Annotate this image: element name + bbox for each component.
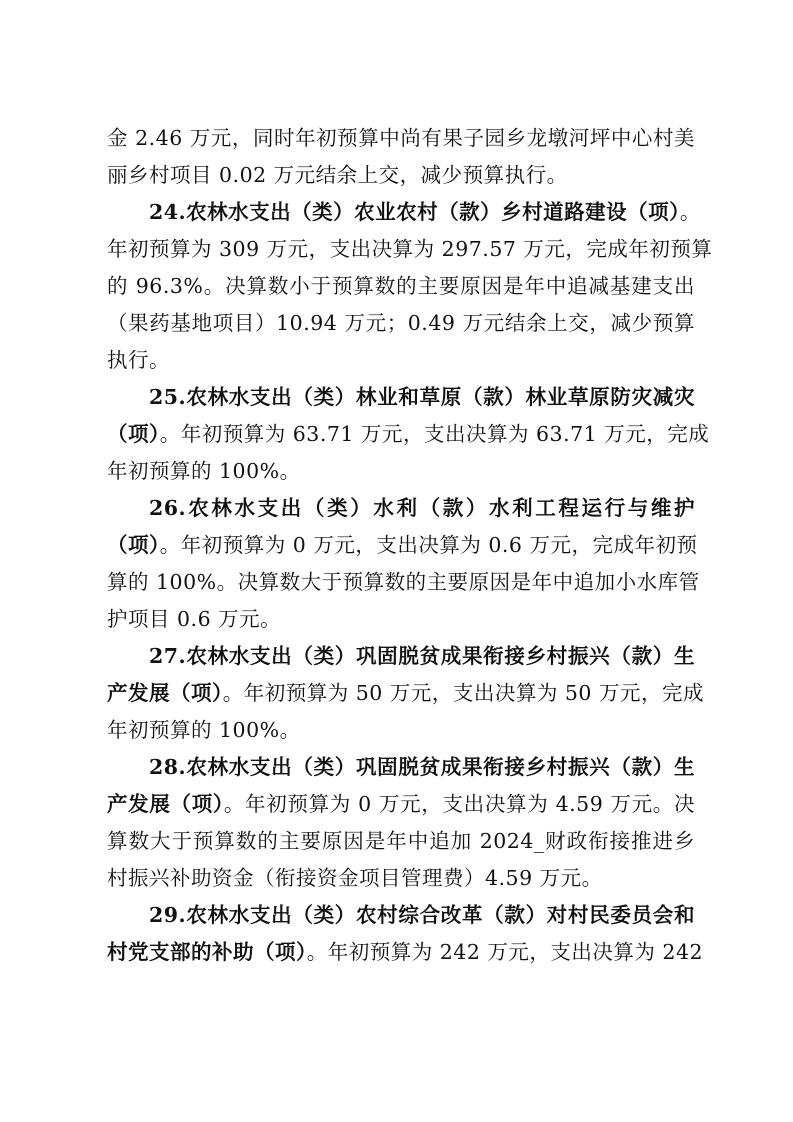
body-text: 年初预算的 100%。 [107, 459, 301, 483]
body-text: 村振兴补助资金（衔接资金项目管理费）4.59 万元。 [107, 866, 603, 890]
bold-heading-text: （项） [107, 533, 160, 557]
paragraph-heading-line: 27.农林水支出（类）巩固脱贫成果衔接乡村振兴（款）生 [107, 638, 695, 675]
text-line: （果药基地项目）10.94 万元；0.49 万元结余上交，减少预算 [107, 305, 695, 342]
body-text: 执行。 [107, 348, 170, 372]
body-text: 金 2.46 万元，同时年初预算中尚有果子园乡龙墩河坪中心村美 [107, 126, 695, 150]
bold-heading-text: 村党支部的补助（项） [107, 940, 307, 964]
text-line: 护项目 0.6 万元。 [107, 601, 695, 638]
text-line: 年初预算为 309 万元，支出决算为 297.57 万元，完成年初预算 [107, 231, 695, 268]
body-text: 年初预算的 100%。 [107, 718, 301, 742]
body-text: 。年初预算为 0 万元，支出决算为 0.6 万元，完成年初预 [160, 533, 698, 557]
body-text: 。年初预算为 242 万元，支出决算为 242 [307, 940, 703, 964]
body-text: 护项目 0.6 万元。 [107, 607, 281, 631]
body-text: 丽乡村项目 0.02 万元结余上交，减少预算执行。 [107, 163, 568, 187]
text-line: 丽乡村项目 0.02 万元结余上交，减少预算执行。 [107, 157, 695, 194]
paragraph-heading-line: 28.农林水支出（类）巩固脱贫成果衔接乡村振兴（款）生 [107, 749, 695, 786]
body-text: （果药基地项目）10.94 万元；0.49 万元结余上交，减少预算 [107, 311, 695, 335]
text-line: 村振兴补助资金（衔接资金项目管理费）4.59 万元。 [107, 860, 695, 897]
text-line: 执行。 [107, 342, 695, 379]
bold-heading-text: 产发展（项） [107, 681, 223, 705]
bold-heading-text: 25.农林水支出（类）林业和草原（款）林业草原防灾减灾 [149, 385, 695, 409]
bold-heading-text: 28.农林水支出（类）巩固脱贫成果衔接乡村振兴（款）生 [149, 755, 695, 779]
body-text: 算的 100%。决算数大于预算数的主要原因是年中追加小水库管 [107, 570, 700, 594]
body-text: 年初预算为 309 万元，支出决算为 297.57 万元，完成年初预算 [107, 237, 712, 261]
bold-heading-text: 产发展（项） [107, 792, 224, 816]
bold-heading-text: （项） [107, 422, 160, 446]
paragraph-heading-line: 29.农林水支出（类）农村综合改革（款）对村民委员会和 [107, 897, 695, 934]
paragraph-heading-line: 24.农林水支出（类）农业农村（款）乡村道路建设（项）。 [107, 194, 695, 231]
text-line: 算的 100%。决算数大于预算数的主要原因是年中追加小水库管 [107, 564, 695, 601]
text-line: 的 96.3%。决算数小于预算数的主要原因是年中追减基建支出 [107, 268, 695, 305]
text-line: 产发展（项）。年初预算为 0 万元，支出决算为 4.59 万元。决 [107, 786, 695, 823]
body-text: 。年初预算为 63.71 万元，支出决算为 63.71 万元，完成 [160, 422, 709, 446]
bold-heading-text: 26.农林水支出（类）水利（款）水利工程运行与维护 [149, 496, 695, 520]
text-line: 产发展（项）。年初预算为 50 万元，支出决算为 50 万元，完成 [107, 675, 695, 712]
body-text: 算数大于预算数的主要原因是年中追加 2024_财政衔接推进乡 [107, 829, 695, 853]
bold-heading-text: 27.农林水支出（类）巩固脱贫成果衔接乡村振兴（款）生 [149, 644, 695, 668]
text-line: 算数大于预算数的主要原因是年中追加 2024_财政衔接推进乡 [107, 823, 695, 860]
text-line: 金 2.46 万元，同时年初预算中尚有果子园乡龙墩河坪中心村美 [107, 120, 695, 157]
body-text: 。年初预算为 50 万元，支出决算为 50 万元，完成 [223, 681, 704, 705]
bold-heading-text: 24.农林水支出（类）农业农村（款）乡村道路建设（项） [149, 200, 680, 224]
bold-heading-text: 29.农林水支出（类）农村综合改革（款）对村民委员会和 [149, 903, 695, 927]
text-line: 年初预算的 100%。 [107, 712, 695, 749]
body-text: 。年初预算为 0 万元，支出决算为 4.59 万元。决 [224, 792, 695, 816]
paragraph-heading-line: 25.农林水支出（类）林业和草原（款）林业草原防灾减灾 [107, 379, 695, 416]
body-text: 。 [680, 200, 701, 224]
text-line: 村党支部的补助（项）。年初预算为 242 万元，支出决算为 242 [107, 934, 695, 971]
document-page: 金 2.46 万元，同时年初预算中尚有果子园乡龙墩河坪中心村美丽乡村项目 0.0… [107, 120, 695, 971]
text-line: （项）。年初预算为 0 万元，支出决算为 0.6 万元，完成年初预 [107, 527, 695, 564]
text-line: （项）。年初预算为 63.71 万元，支出决算为 63.71 万元，完成 [107, 416, 695, 453]
paragraph-heading-line: 26.农林水支出（类）水利（款）水利工程运行与维护 [107, 490, 695, 527]
text-line: 年初预算的 100%。 [107, 453, 695, 490]
body-text: 的 96.3%。决算数小于预算数的主要原因是年中追减基建支出 [107, 274, 695, 298]
